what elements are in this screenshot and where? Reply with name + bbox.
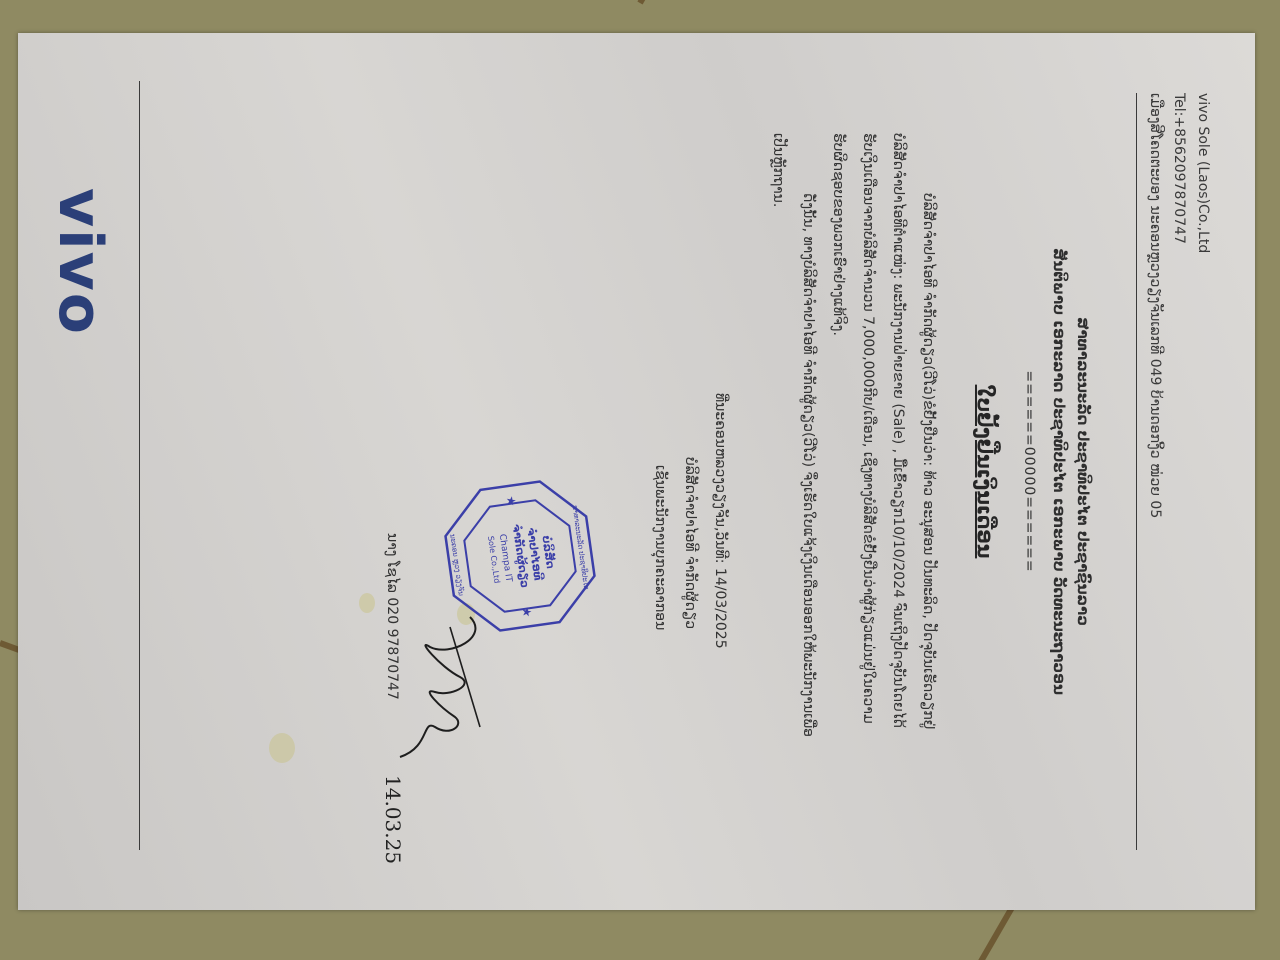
document-title: ໃບຢັ້ງຢືນເງິນເດືອນ [973,33,997,910]
svg-text:ສາທາລະນະລັດ ປະຊາທິປະໄຕ: ສາທາລະນະລັດ ປະຊາທິປະໄຕ [571,505,592,591]
body-line: ດັ່ງນັ້ນ, ທາງບໍລິສັດຈຳປາໄອທີ ຈຳກັດຜູ້ດຽວ… [793,133,823,850]
paper-stain [269,733,295,763]
document-page-area: vivo Sole (Laos)Co.,Ltd Tel:+85620978707… [18,33,1255,910]
floor-grout-line [637,0,722,5]
place-date-line: ທີ່ນະຄອນຫລວງວຽງຈັນ,ວັນທີ: 14/03/2025 [705,393,735,649]
sender-block: vivo Sole (Laos)Co.,Ltd Tel:+85620978707… [1143,93,1215,518]
body-line: ເປັນຫຼັກຖານ. [763,133,793,850]
issue-date: 14/03/2025 [712,568,728,649]
handwritten-signature-icon [390,607,510,767]
decorative-divider: ======00000====== [1021,33,1037,910]
sender-phone: Tel:+8562097870747 [1167,93,1191,518]
svg-text:★: ★ [519,606,534,619]
certificate-body: ບໍລິສັດຈຳປາໄອທີ ຈຳກັດຜູ້ດຽວ(ວີໂວ່)ຂໍຢັ້ງ… [763,133,943,850]
signing-department: ເຊັນພະນັກງານບຸກຄະລາກອນ [645,393,675,649]
header-rule [1136,93,1137,850]
national-motto: ສັນຕິພາບ ເອກະລາດ ປະຊາທິປະໄຕ ເອກະພາບ ວັດທ… [1047,33,1071,910]
sender-company: vivo Sole (Laos)Co.,Ltd [1191,93,1215,518]
footer-rule [139,81,140,850]
body-line: ບໍລິສັດຈຳປາໄອທີ ຈຳກັດຜູ້ດຽວ(ວີໂວ່)ຂໍຢັ້ງ… [913,133,943,850]
document-title-text: ໃບຢັ້ງຢືນເງິນເດືອນ [973,385,997,559]
place-date-label: ທີ່ນະຄອນຫລວງວຽງຈັນ,ວັນທີ: [712,393,728,563]
handwritten-date: 14.03.25 [381,775,405,864]
vivo-logo: vivo [45,188,115,336]
body-line: ຮັບເງິນເດືອນຈາກບໍລິສັດຈຳນວນ 7,000,000ກີບ… [853,133,883,850]
national-heading: ສາທາລະນະລັດ ປະຊາທິປະໄຕ ປະຊາຊົນລາວ ສັນຕິພ… [1047,33,1095,910]
closing-block: ທີ່ນະຄອນຫລວງວຽງຈັນ,ວັນທີ: 14/03/2025 ບໍລ… [645,393,735,649]
issuing-company: ບໍລິສັດຈຳປາໄອທີ ຈຳກັດຜູ້ດຽວ [675,393,705,649]
salary-certificate-page: vivo Sole (Laos)Co.,Ltd Tel:+85620978707… [18,33,1255,910]
body-line: ບໍລິສັດຈຳປາໄອທີຕຳແໜ່ງ: ພະນັກງານຝ່າຍຂາຍ (… [883,133,913,850]
paper-stain [359,593,375,613]
signer-name-phone: ນາງ ໂຊໄລ 020 97870747 [384,533,400,700]
svg-text:★: ★ [504,495,519,508]
body-line: ຮັບຜິດຊອບຂອງພວກເຮົາຢ່າງແທ້ຈິງ. [823,133,853,850]
country-name: ສາທາລະນະລັດ ປະຊາທິປະໄຕ ປະຊາຊົນລາວ [1071,33,1095,910]
sender-address: ເມືອງສີໂຄດຕະບອງ ນະຄອນຫຼວງວຽງຈັນເລກທີ 049… [1143,93,1167,518]
